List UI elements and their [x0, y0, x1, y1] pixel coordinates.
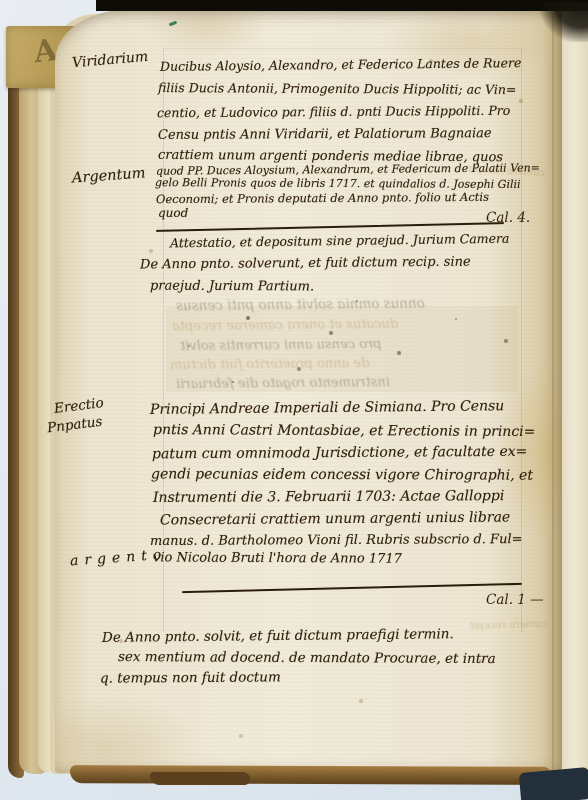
entry1-payment-line: De Anno pnto. solverunt, et fuit dictum … [140, 255, 471, 273]
entry1-line: quod [158, 206, 188, 220]
scan-corner-shadow-top-right [540, 2, 588, 42]
entry2-line: vio Nicolao Bruti l'hora de Anno 1717 [153, 550, 402, 566]
entry2-line: pntis Anni Castri Montasbiae, et Erectio… [153, 422, 535, 440]
ruled-frame-top [163, 48, 522, 49]
entry1-line: Censu pntis Anni Viridarii, et Palatioru… [158, 126, 492, 143]
page-fold-line [552, 14, 554, 770]
entry2-payment-line: q. tempus non fuit doctum [100, 669, 281, 686]
bottom-edge-stain [150, 772, 250, 785]
entry1-line: filiis Ducis Antonii, Primogenito Ducis … [158, 80, 516, 97]
ink-specks [0, 0, 2, 2]
bleed-through-text: ducatus et onera camerae recepta [172, 317, 398, 334]
bleed-through-text: instrumento rogato die februarii [176, 375, 390, 392]
scan-corner-shadow-bottom-right [519, 767, 588, 800]
entry2-line: manus. d. Bartholomeo Vioni fil. Rubris … [150, 532, 523, 549]
entry1-line: Oeconomi; et Pronis deputati de Anno pnt… [156, 190, 489, 206]
entry2-reference: Cal. 1 — [486, 592, 544, 608]
bleed-through-text: pro censu anni currentis solvit [180, 337, 382, 354]
entry1-line: gelo Belli Pronis quos de libris 1717. e… [155, 176, 521, 191]
entry1-reference: Cal. 4. [486, 210, 530, 226]
manuscript-scan: A onnus omnia solvit anno pnti census du… [0, 0, 588, 800]
entry2-line: gendi pecunias eidem concessi vigore Chi… [151, 466, 533, 483]
bottom-page-edges [70, 765, 552, 785]
bleed-through-text: onnus omnia solvit anno pnti census [176, 296, 425, 315]
scan-top-shadow [96, 0, 588, 11]
entry1-payment-line: praejud. Jurium Partium. [150, 279, 314, 295]
entry2-line: patum cum omnimoda Jurisdictione, et fac… [152, 444, 527, 463]
entry2-line: Instrumenti die 3. Februarii 1703: Actae… [153, 488, 504, 506]
entry1-line: centio, et Ludovico par. filiis d. pnti … [157, 103, 510, 120]
entry2-line: Consecretarii crattiem unum argenti uniu… [160, 509, 510, 528]
entry2-payment-line: sex mentium ad docend. de mandato Procur… [118, 649, 496, 667]
bleed-through-text: de anno praeterito fuit dictum [170, 356, 370, 373]
